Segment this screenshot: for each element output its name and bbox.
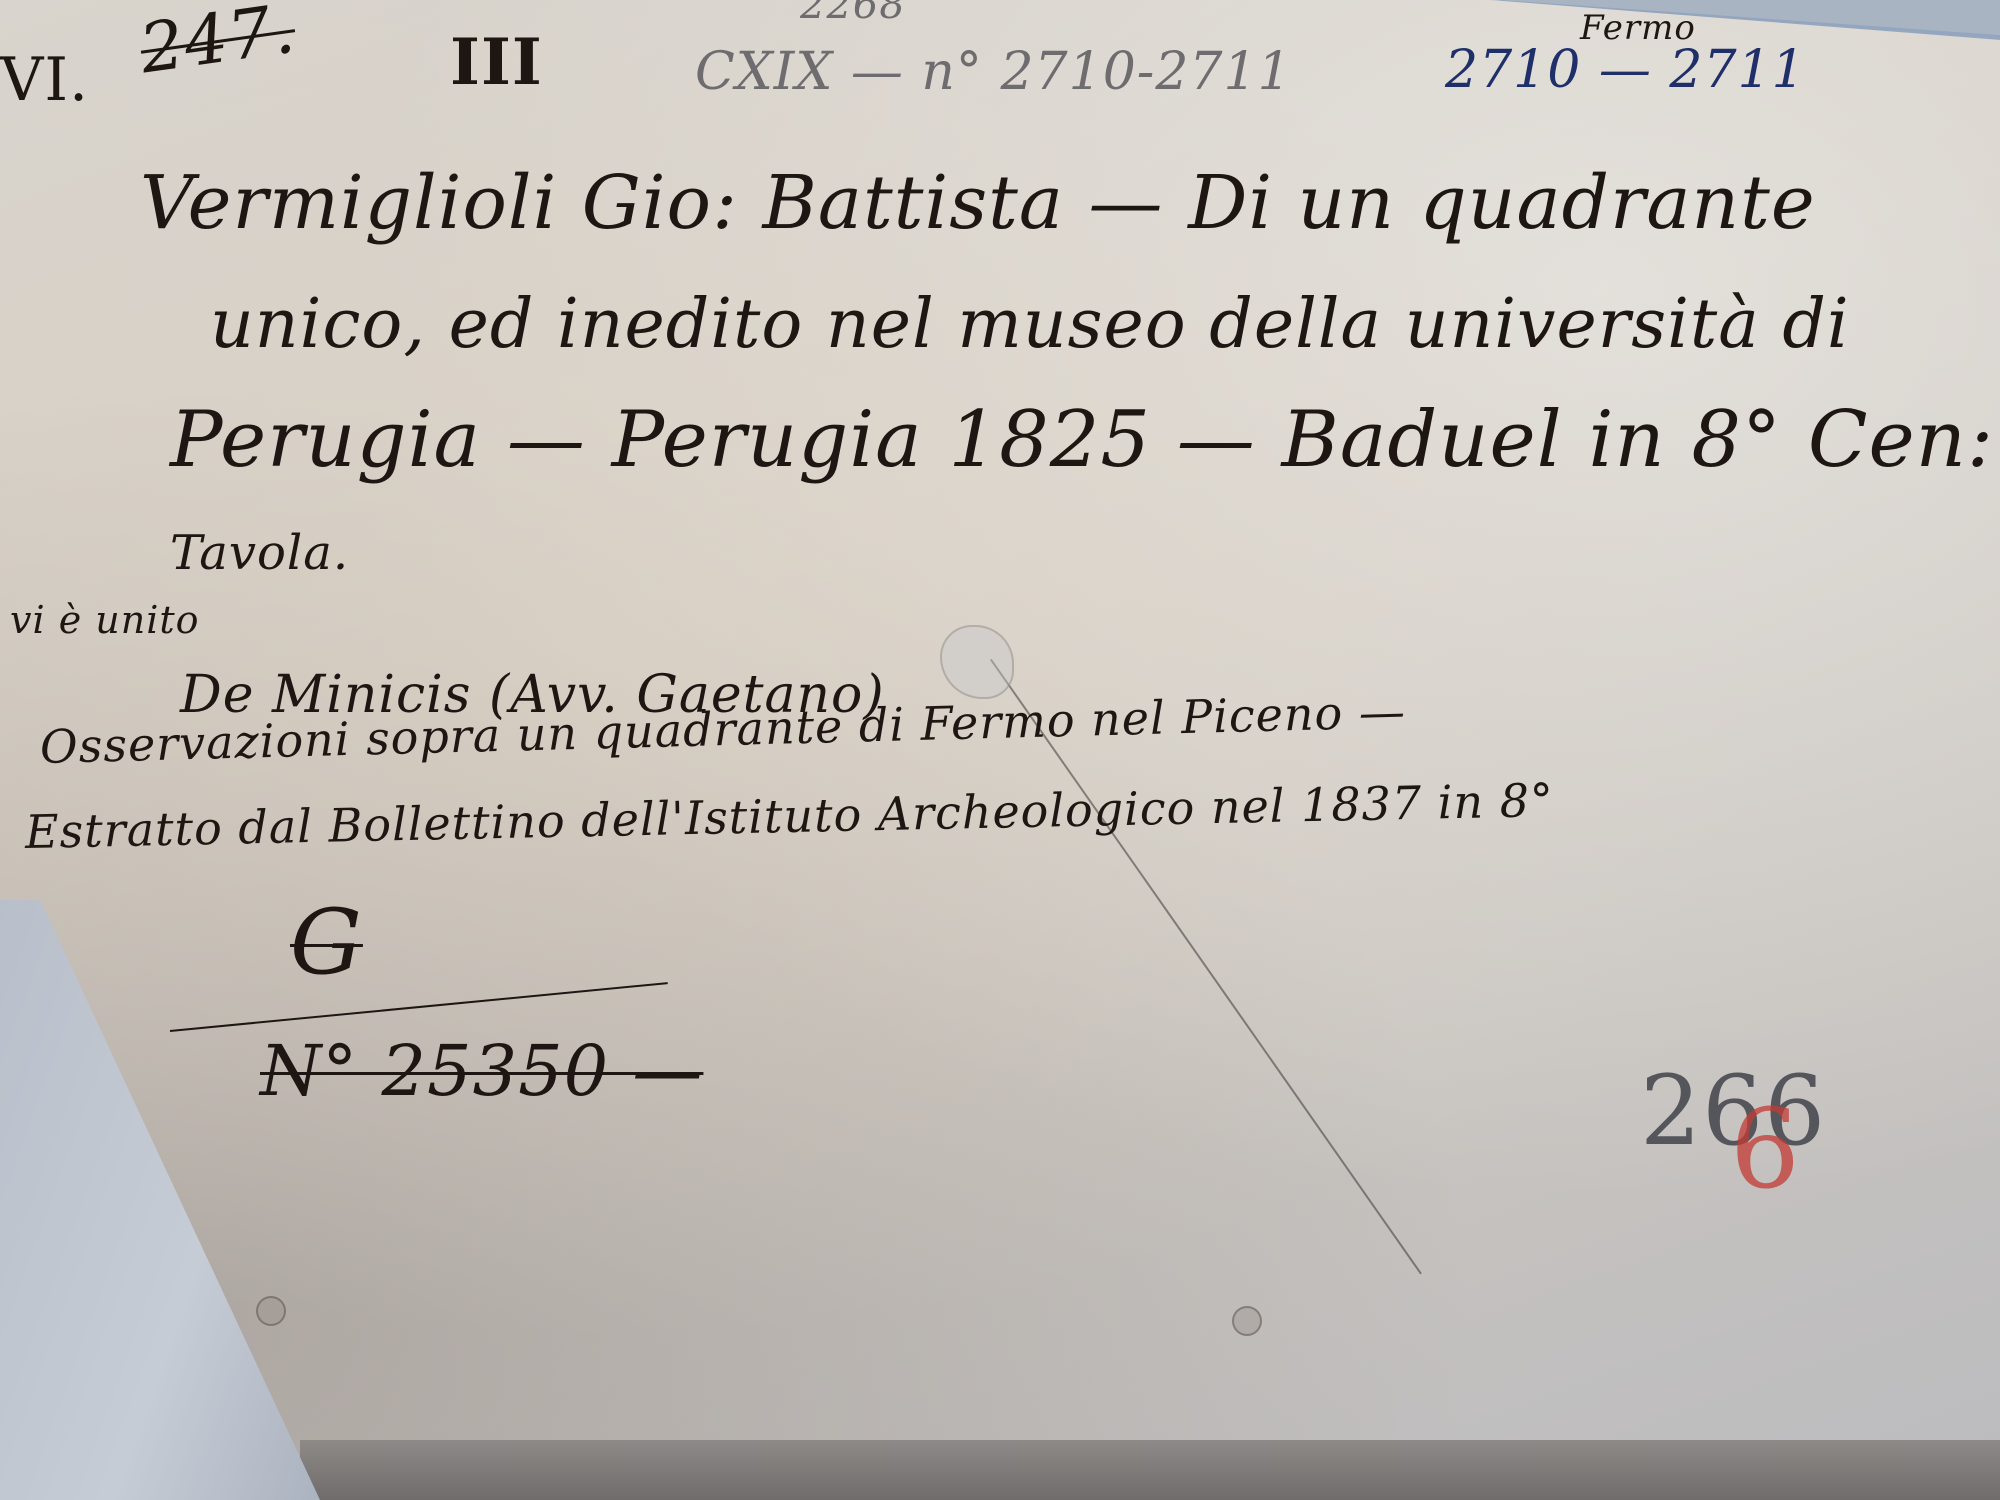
roman-numeral-iii: III: [450, 25, 543, 100]
entry-1-author-line: Vermiglioli Gio: Battista — Di un quadra…: [140, 160, 1816, 246]
pencil-faint-number: 2268: [800, 0, 906, 28]
entry-1-title-line: unico, ed inedito nel museo della univer…: [210, 285, 1850, 364]
struck-signature: G: [290, 890, 363, 995]
page-edge-shadow: [300, 1440, 2000, 1500]
entry-1-note: Tavola.: [170, 525, 349, 581]
roman-numeral-vi: VI.: [0, 45, 89, 115]
pencil-shelfmark: CXIX — n° 2710-2711: [695, 42, 1292, 102]
binding-hole: [1232, 1306, 1262, 1336]
struck-inventory-number: N° 25350 —: [260, 1030, 703, 1112]
entry-1-imprint-line: Perugia — Perugia 1825 — Baduel in 8° Ce…: [170, 395, 1994, 485]
binding-hole: [256, 1296, 286, 1326]
attached-note: vi è unito: [10, 598, 200, 642]
blue-catalog-numbers: 2710 — 2711: [1445, 40, 1806, 100]
red-crayon-correction: 6: [1730, 1085, 1801, 1213]
